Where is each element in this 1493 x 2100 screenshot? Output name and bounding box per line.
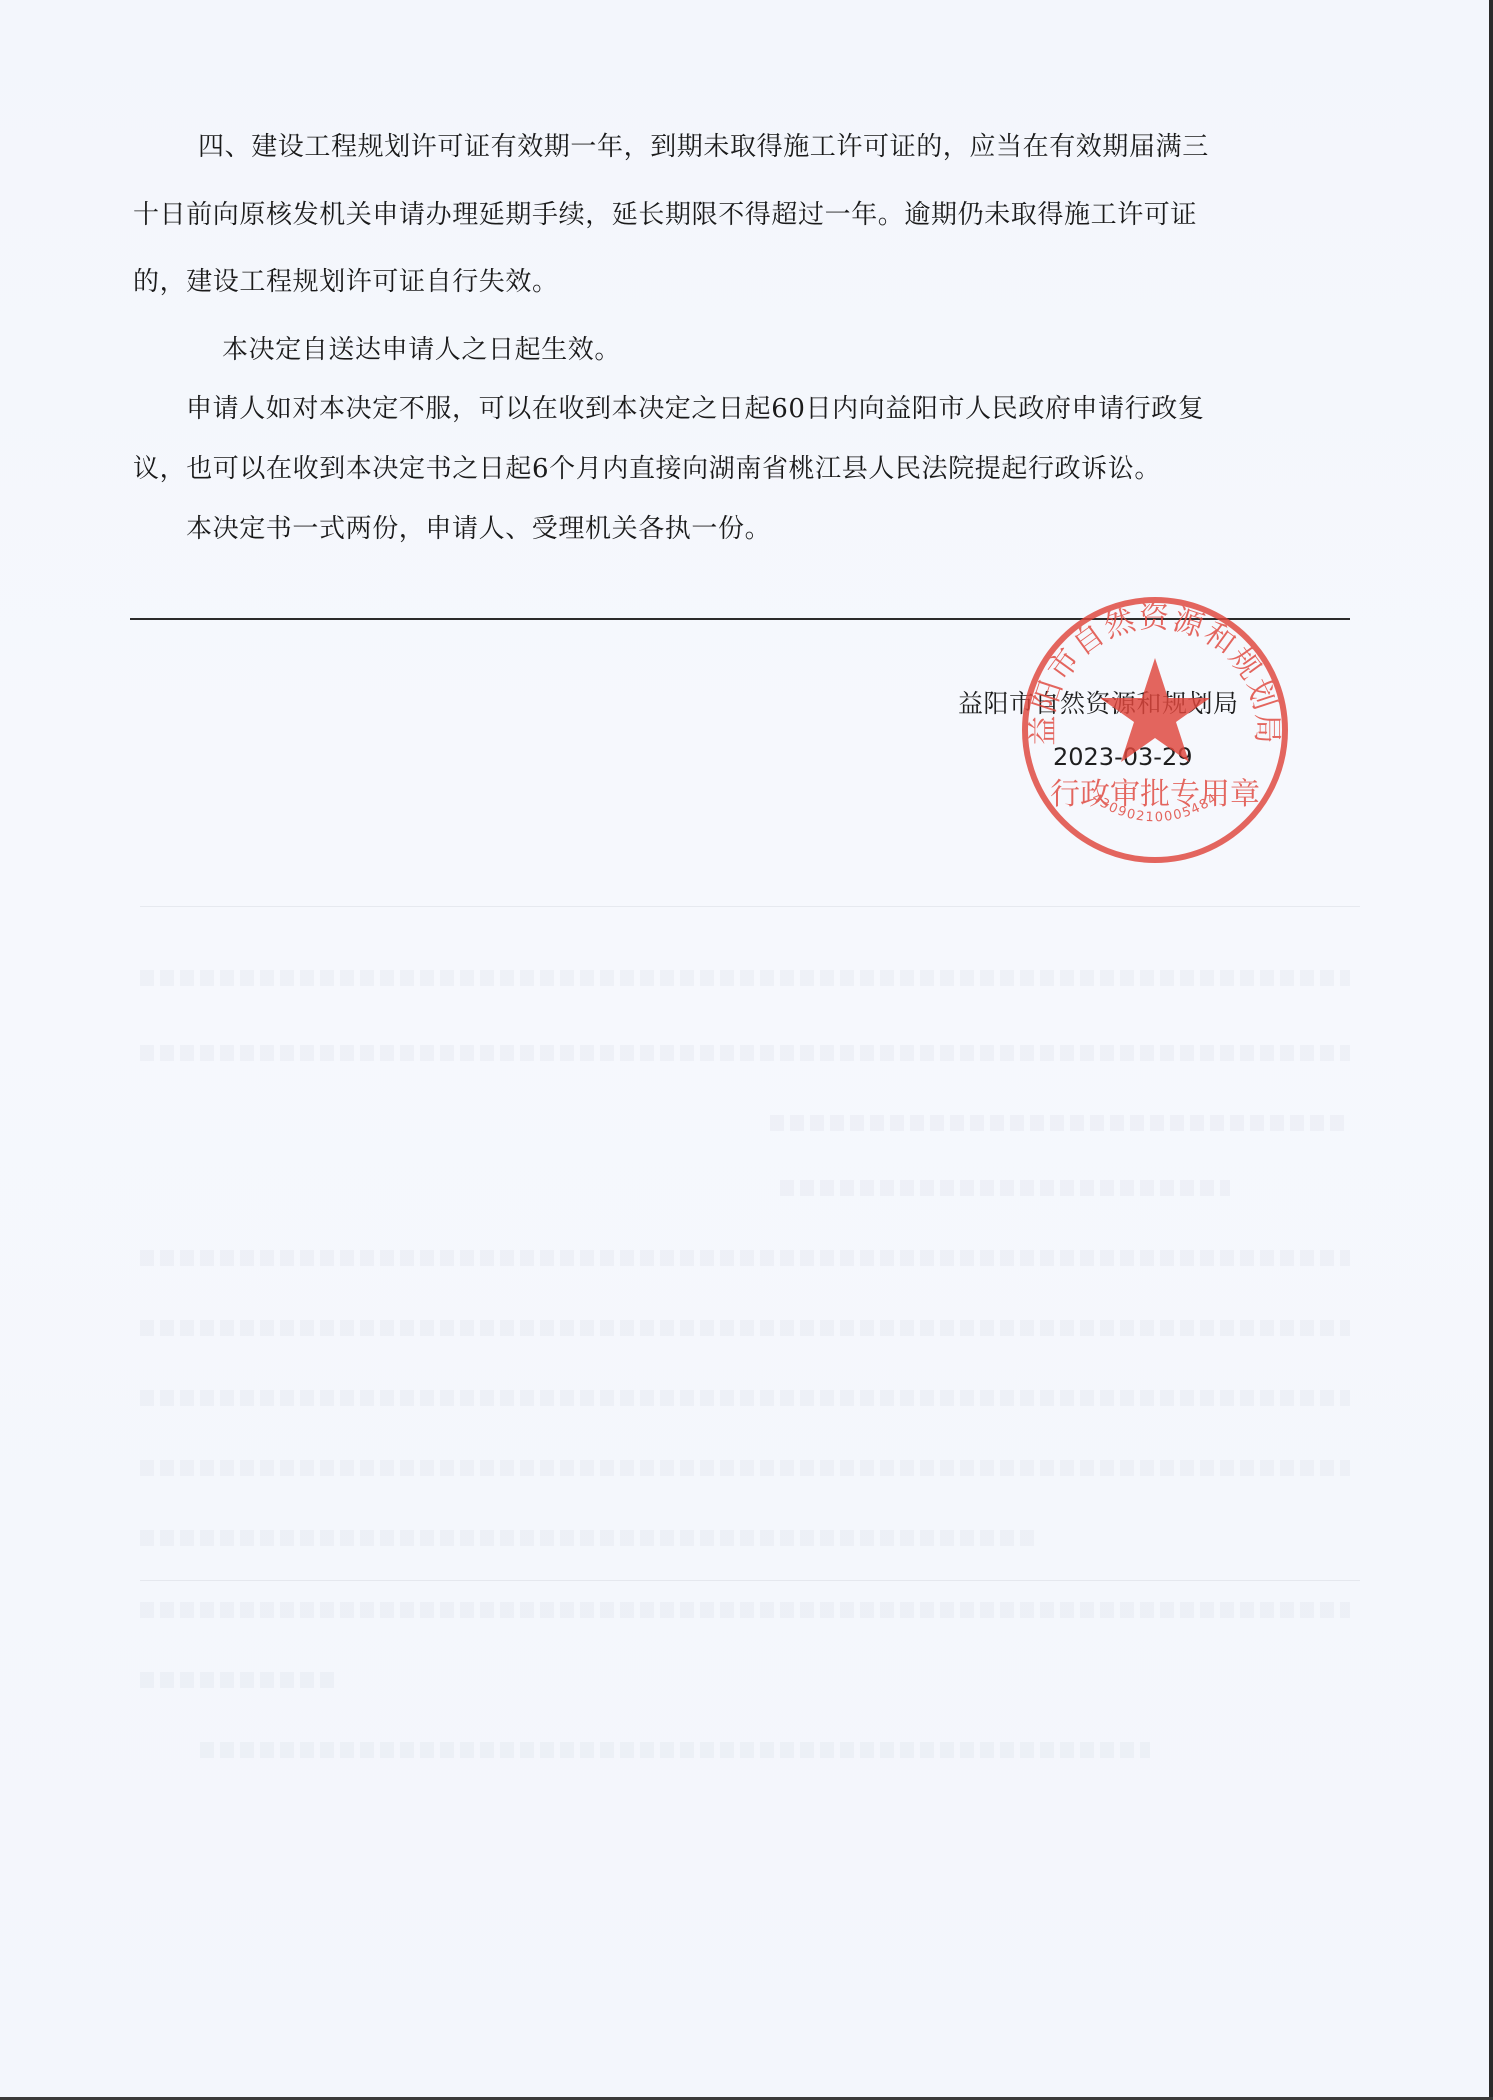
page-edge-right (1489, 0, 1493, 2100)
issue-date: 2023-03-29 (1053, 742, 1192, 772)
body-line: 申请人如对本决定不服，可以在收到本决定之日起60日内向益阳市人民政府申请行政复 (186, 392, 1205, 426)
body-line: 本决定书一式两份，申请人、受理机关各执一份。 (186, 512, 771, 546)
seal-outer-text: 益阳市自然资源和规划局 (1026, 601, 1284, 746)
separator-line (130, 618, 1350, 620)
body-line: 议，也可以在收到本决定书之日起6个月内直接向湖南省桃江县人民法院提起行政诉讼。 (133, 452, 1161, 486)
body-line: 本决定自送达申请人之日起生效。 (222, 333, 621, 367)
seal-inner-text: 行政审批专用章 (1050, 777, 1260, 812)
body-line: 四、建设工程规划许可证有效期一年，到期未取得施工许可证的，应当在有效期届满三 (198, 130, 1209, 164)
seal-serial: 43090210005484 (1089, 790, 1221, 825)
official-seal: 益阳市自然资源和规划局 行政审批专用章 43090210005484 (1015, 590, 1295, 870)
body-line: 十日前向原核发机关申请办理延期手续，延长期限不得超过一年。逾期仍未取得施工许可证 (133, 198, 1197, 232)
issuing-agency: 益阳市自然资源和规划局 (958, 688, 1239, 720)
body-line: 的，建设工程规划许可证自行失效。 (133, 265, 559, 299)
